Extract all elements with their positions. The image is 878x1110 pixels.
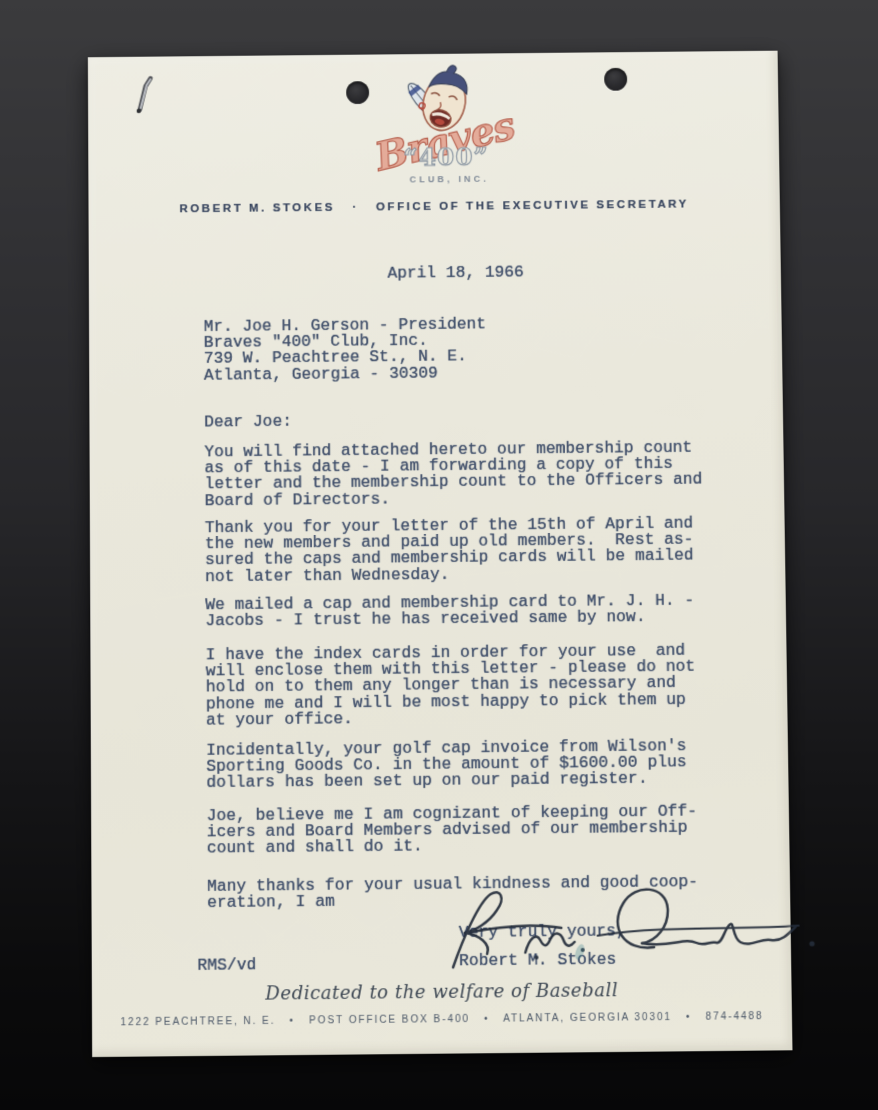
punch-hole — [604, 68, 627, 91]
paragraph-7: Many thanks for your usual kindness and … — [207, 874, 698, 911]
letterhead-address-line: 1222 PEACHTREE, N. E. • POST OFFICE BOX … — [92, 1011, 792, 1029]
staple-icon — [132, 72, 162, 116]
salutation: Dear Joe: — [204, 414, 292, 431]
letterhead-motto: Dedicated to the welfare of Baseball — [92, 978, 792, 1006]
braves-400-club-logo: Braves “400” CLUB, INC. — [326, 59, 566, 199]
photo-background: Braves “400” CLUB, INC. ROBERT M. STOKES… — [0, 0, 878, 1110]
closing-line: Very truly yours, — [459, 923, 626, 941]
letter-date: April 18, 1966 — [387, 264, 523, 281]
recipient-address-block: Mr. Joe H. Gerson - President Braves "40… — [204, 316, 487, 383]
paragraph-2: Thank you for your letter of the 15th of… — [205, 516, 694, 585]
paragraph-6: Joe, believe me I am cognizant of keepin… — [207, 803, 698, 857]
letterhead-secretary-line: ROBERT M. STOKES · OFFICE OF THE EXECUTI… — [88, 198, 779, 216]
reference-initials: RMS/vd — [197, 957, 256, 974]
letter-paper: Braves “400” CLUB, INC. ROBERT M. STOKES… — [88, 51, 793, 1057]
paragraph-4: I have the index cards in order for your… — [206, 643, 696, 729]
paragraph-5: Incidentally, your golf cap invoice from… — [206, 738, 687, 792]
paragraph-3: We mailed a cap and membership card to M… — [205, 593, 694, 630]
typed-signature-name: Robert M. Stokes — [459, 952, 616, 970]
paragraph-1: You will find attached hereto our member… — [204, 440, 702, 509]
logo-club-inc-label: CLUB, INC. — [410, 174, 490, 185]
logo-400-number: “400” — [403, 142, 489, 172]
